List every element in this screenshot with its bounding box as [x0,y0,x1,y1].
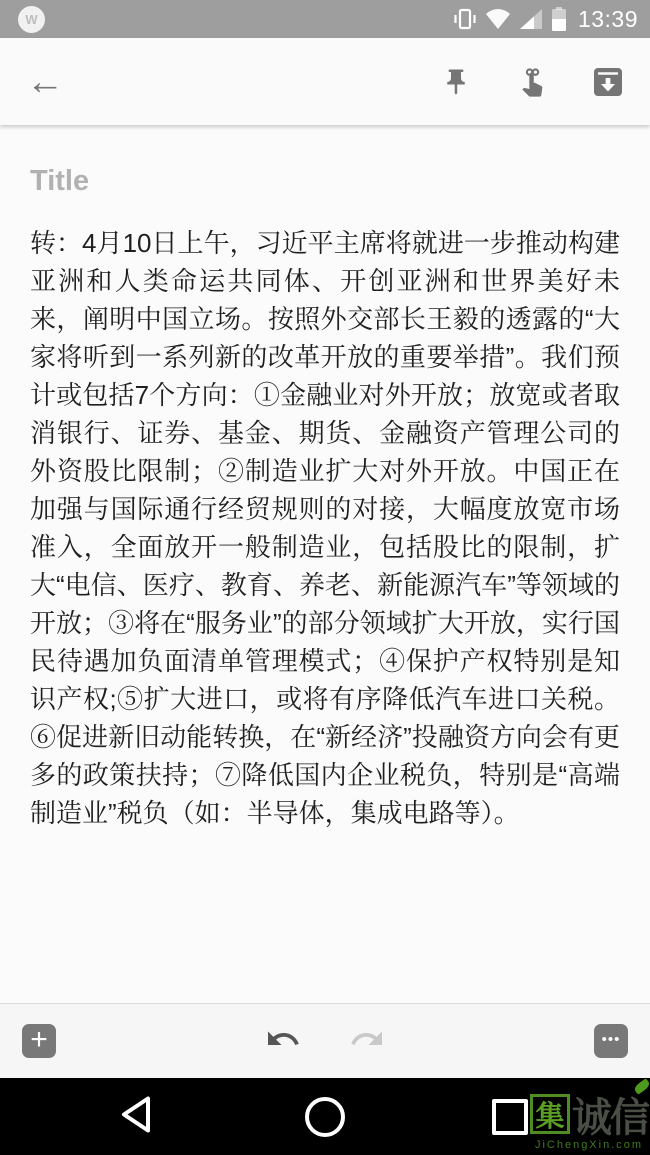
watermark-logo-box: 集 [530,1094,570,1134]
archive-icon [593,66,623,98]
editor-toolbar: + ••• [0,1003,650,1078]
back-triangle-icon [118,1123,154,1140]
android-nav-bar: 集 诚信 JiChengXin.com [0,1078,650,1155]
note-content-area[interactable]: Title 转：4月10日上午，习近平主席将就进一步推动构建亚洲和人类命运共同体… [0,125,650,1003]
reminder-button[interactable] [516,65,548,99]
add-item-button[interactable]: + [22,1024,56,1058]
status-bar: W [0,0,650,38]
vibrate-icon [452,7,478,31]
more-options-button[interactable]: ••• [594,1024,628,1058]
wifi-icon [485,8,511,30]
nav-back-button[interactable] [118,1092,154,1141]
reminder-finger-icon [516,66,548,98]
redo-button[interactable] [347,1021,387,1061]
status-time: 13:39 [578,6,638,33]
undo-redo-group [263,1021,387,1061]
nav-recents-button[interactable] [492,1099,528,1135]
undo-icon [265,1021,301,1062]
note-body-input[interactable]: 转：4月10日上午，习近平主席将就进一步推动构建亚洲和人类命运共同体、开创亚洲和… [30,224,620,832]
watermark-logo-row: 集 诚信 [530,1091,648,1137]
nav-home-button[interactable] [305,1097,345,1137]
notification-app-icon: W [18,6,45,33]
pin-button[interactable] [440,65,472,99]
pushpin-icon [441,67,471,97]
undo-button[interactable] [263,1021,303,1061]
app-bar: ← [0,38,650,125]
redo-icon [349,1021,385,1062]
back-button[interactable]: ← [26,63,70,101]
archive-button[interactable] [592,65,624,99]
status-bar-right: 13:39 [452,6,638,33]
watermark: 集 诚信 JiChengXin.com [530,1091,648,1153]
battery-icon [551,6,567,32]
watermark-brand-text: 诚信 [572,1086,648,1143]
note-title-input[interactable]: Title [30,165,620,198]
note-editor-screen: W [0,0,650,1155]
cell-signal-icon [518,8,544,30]
app-bar-actions [440,65,624,99]
watermark-brand-chars: 诚信 [572,1096,648,1140]
leaf-icon [633,1078,650,1095]
